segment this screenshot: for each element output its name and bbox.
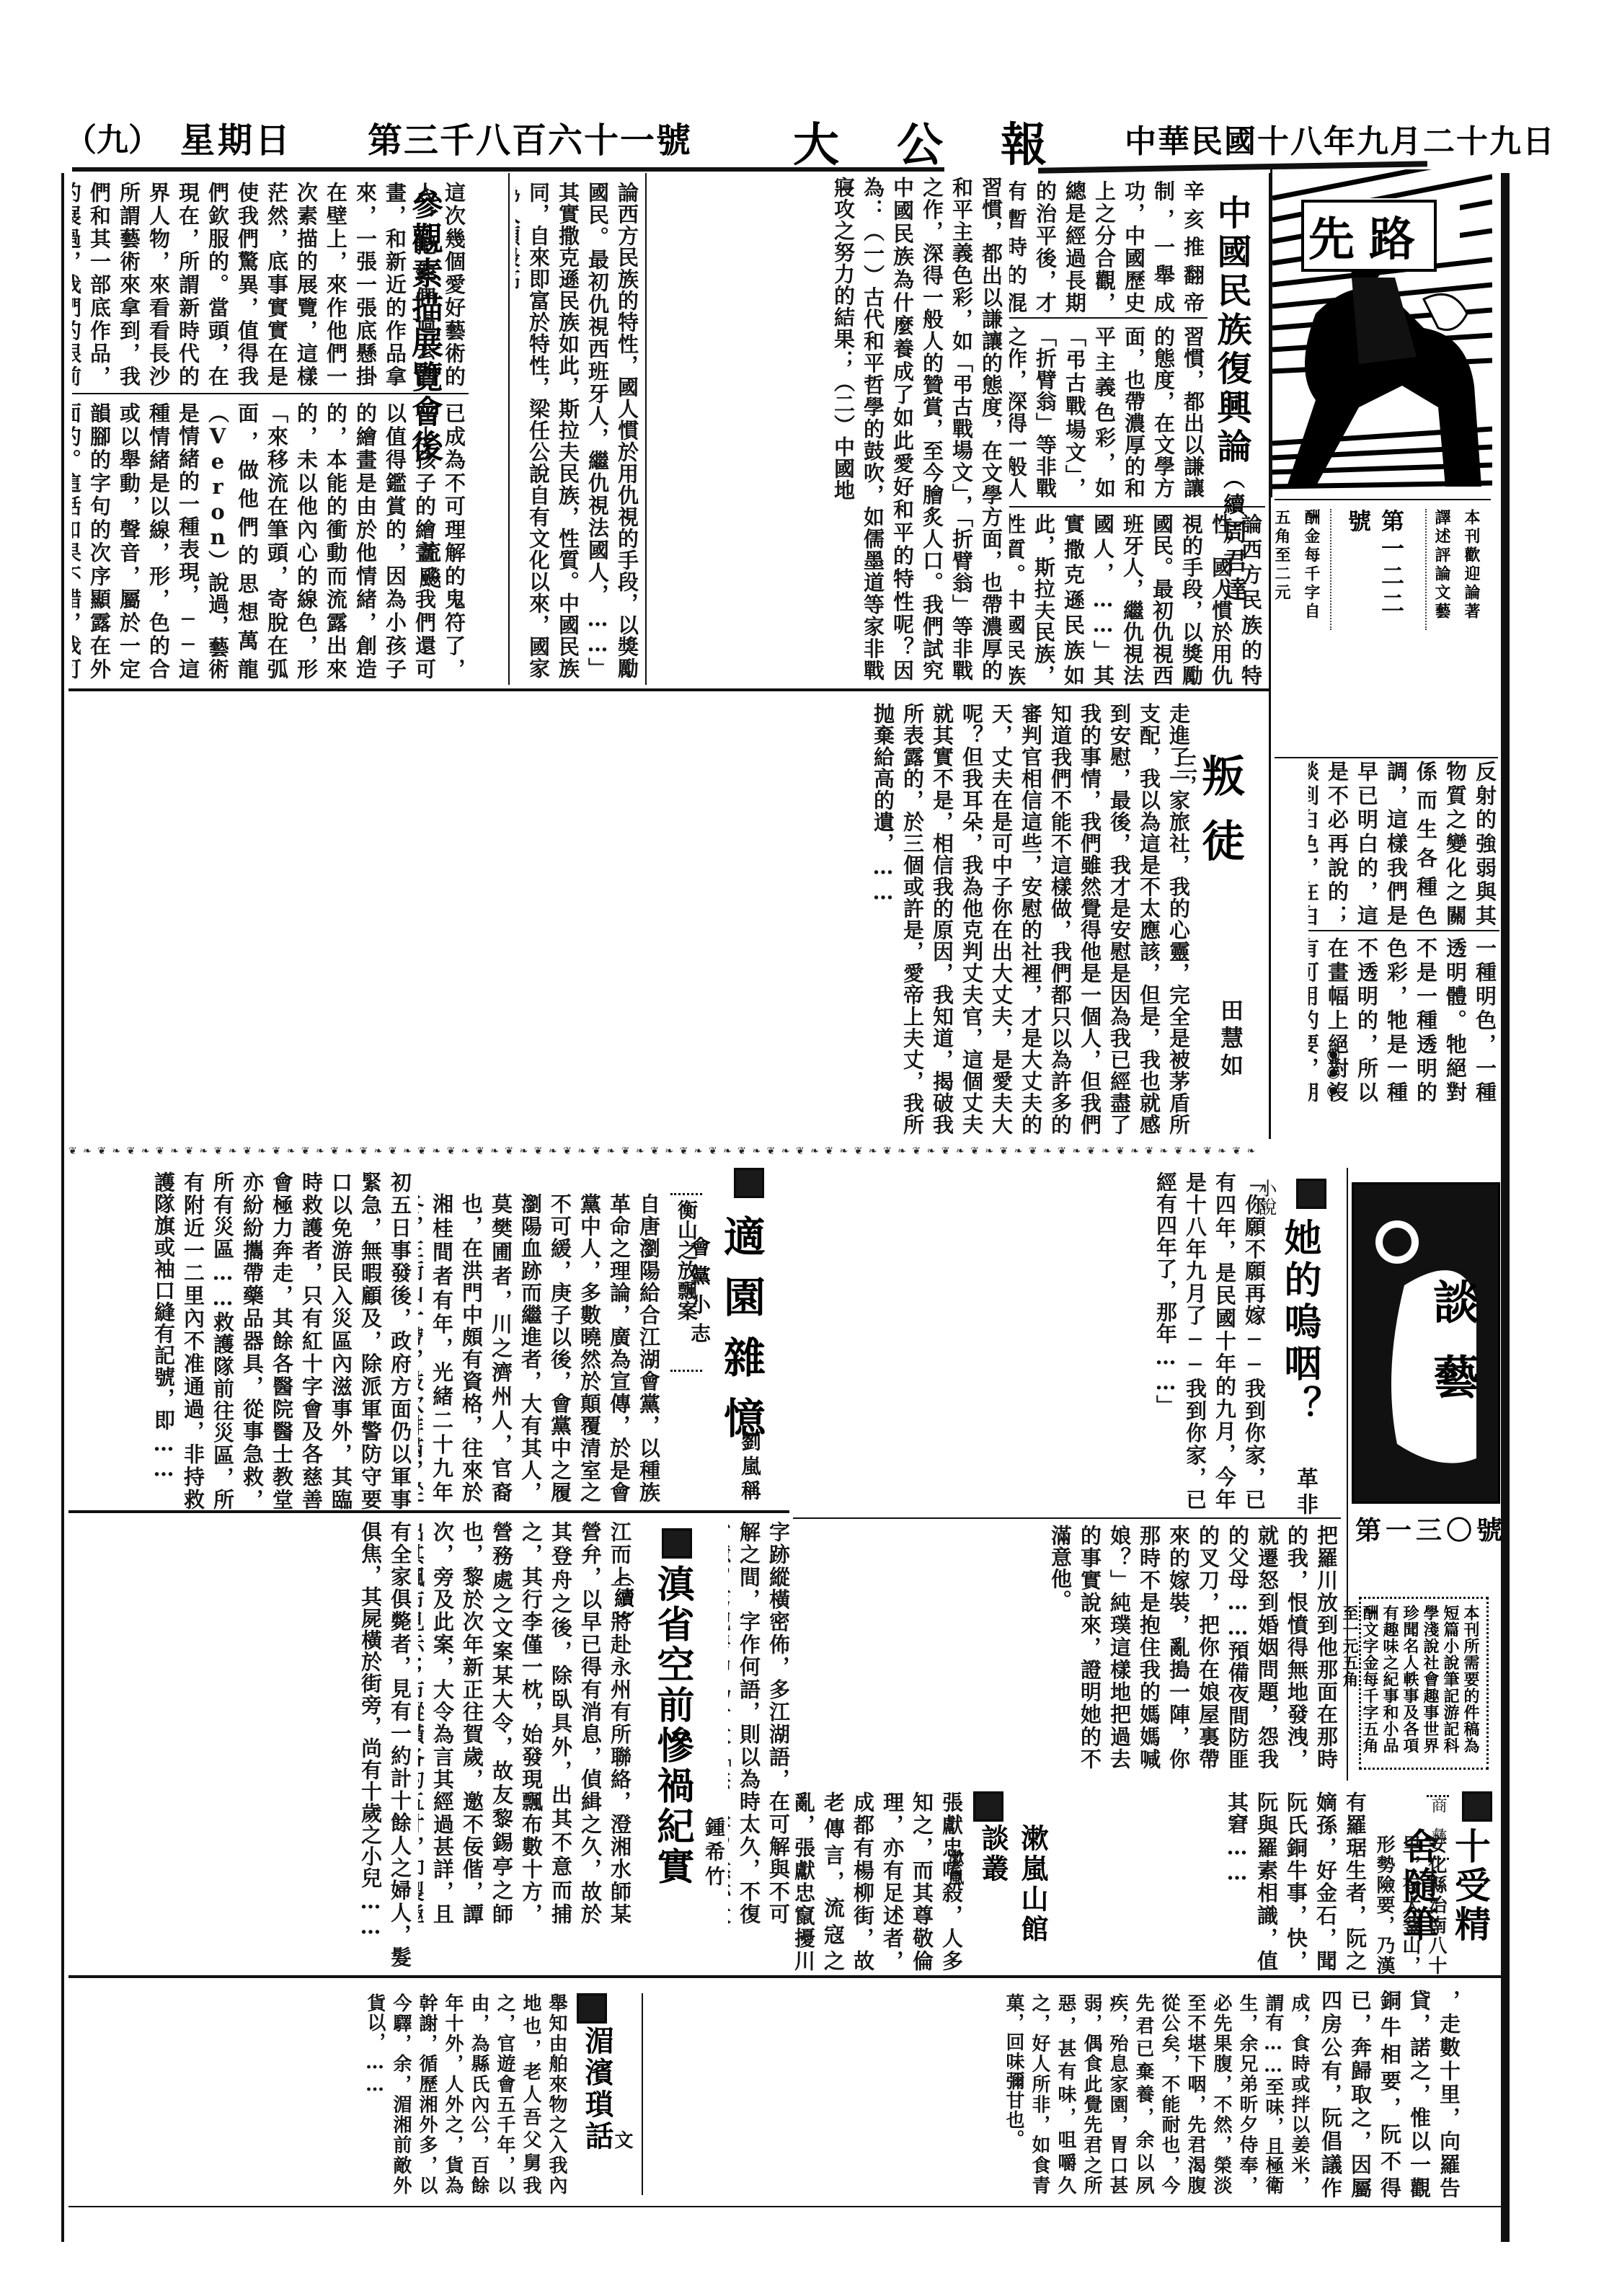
rule (1009, 317, 1207, 319)
tanyi-title: 談藝 (1419, 1278, 1485, 1428)
rule (1009, 506, 1265, 507)
issue-number: 第三千八百六十一號 (368, 112, 692, 162)
article-body-d: 反射的強弱與其物質之變化之關係而生各種色調，這樣我們是早已明白的，這是不必再說的… (1308, 761, 1499, 926)
article-shishou: 十受精舍隨筆 商彝 安化縣治南八十里，有大釜山，形勢險要，乃漢時銅鐵梅鋪駐兵處，… (1370, 1784, 1499, 1979)
article-body: 走進了一家旅社，我的心靈，完全是被茅盾所支配，我以為這是不太應該，但是，我也就感… (68, 703, 1193, 1135)
info-col4: 五角至二元 (1271, 509, 1293, 630)
article-body-continuation: 習慣，都出以謙讓的態度，在文學方面，也帶濃厚的和平主義色彩，如「弔古戰場文」，「… (649, 177, 1006, 681)
bottom-rule (68, 2206, 1503, 2207)
square-bullet-icon (662, 1528, 692, 1559)
end-ornament: ◉◉◉ (1326, 1045, 1340, 1099)
article-ta-de-wuyan: 她的嗚咽？ 小說 革非 「你願不願再嫁──我到你家，已有四年，是民國十年的九月，… (793, 1164, 1341, 1777)
square-bullet-icon (1462, 1791, 1492, 1822)
article-body: 張獻忠嗜殺，人多知之，而其尊敬倫理，亦有足述者，成都有楊柳街，故老傳言，流寇之亂… (793, 1791, 966, 1972)
title-text: 中國民族復興論 (1211, 195, 1251, 467)
article-body-a: 這次幾個愛好藝術的人，把他們過去的畫，和新近的作品拿來，一張一張底懸掛在壁上，來… (72, 182, 469, 387)
date-line: 中華民國十八年九月二十九日 (1125, 115, 1556, 161)
article-sumiao: 參觀素描展覽會後 流飈 這次幾個愛好藝術的人，把他們過去的畫，和新近的作品拿來，… (72, 173, 642, 685)
page-border-right (1501, 173, 1510, 2242)
article-body-b: 把羅川放到他那面在那時的我，恨憤得無地發洩，就遷怒到婚姻問題，怨我的父母……預備… (793, 1525, 1341, 1770)
rule (793, 1517, 1341, 1519)
article-author: 鍾希竹 (699, 1817, 728, 1890)
square-marker (734, 1168, 764, 1201)
title-text: 滇省空前慘禍紀實 (650, 1564, 694, 1887)
article-body-b: 已成為不可理解的鬼符了，在小孩子的繪畫，我們還可以值得鑑賞的，因為小孩子的繪畫是… (72, 402, 469, 680)
article-title: 她的嗚咽？ (1272, 1218, 1326, 1427)
square-marker (577, 1993, 607, 2026)
ornament-band: ❦ ❧ ❦ ❧ ❦ ❧ ❦ ❧ ❦ ❧ ❦ ❧ ❦ ❧ ❦ ❧ ❦ ❧ ❦ ❧ … (68, 1146, 1503, 1156)
article-body-b: 成，食時或拌以姜米，謂有……至味，且極衛生，余兄弟昕夕侍奉，必先果腹，不然，榮淡… (649, 1993, 1312, 2195)
article-author: 漱嵐 (944, 1849, 967, 1889)
article-body-b: 江而上，將赴永州有所聯絡，澄湘水師某營弁，以早已得有消息，偵緝之久，故於其登舟之… (418, 1521, 634, 1925)
square-bullet-icon (734, 1168, 764, 1198)
article-shishou-body-c: 有羅琚生者，阮之嫡孫，好金石，聞阮氏銅牛事，快，阮與羅素相識，值其窘…… (1081, 1791, 1370, 1972)
article-body-a: 自唐瀏陽給合江湖會黨，以種族革命之理論，廣為宣傳，於是會黨中人，多數曉然於顛覆清… (418, 1193, 663, 1503)
article-author: 革非 (1289, 1467, 1321, 1519)
article-subhead: 衡山之放飄案 (670, 1193, 702, 1372)
article-shiyuan: 適園雜憶 劉嵐稱 會黨小志 自唐瀏陽給合江湖會黨，以種族革命之理論，廣為宣傳，於… (418, 1164, 793, 1510)
masthead-rule-left (72, 167, 944, 172)
article-shishou-body-b: ，走數十里，向羅告貸，諾之，惟以一觀銅牛相要，阮不得已，奔歸取之，因屬四房公有，… (1312, 1990, 1463, 2199)
xianlu-info-rule-bottom (1275, 757, 1498, 758)
column-divider (1347, 1168, 1348, 1781)
weekday: 星期日 (180, 112, 293, 162)
square-marker (1296, 1179, 1326, 1212)
square-marker (973, 1791, 1003, 1825)
article-body-a: 辛亥推翻帝制，一舉成功，中國歷史上之分合觀，總是經過長期的治平後，才有暫時的混亂… (1009, 180, 1207, 314)
masthead: （九） 星期日 第三千八百六十一號 大公報 中華民國十八年九月二十九日 (58, 108, 1572, 166)
section-rule (68, 1510, 789, 1513)
paper-name: 大公報 (793, 108, 1104, 174)
article-body-a: 安化縣治南八十里，有大釜山，形勢險要，乃漢時銅鐵梅鋪駐兵處，其上遺壘廢址，猶有稀… (1370, 1835, 1449, 1975)
xianlu-title: 先路 (1301, 200, 1437, 272)
article-title: 適園雜憶 (711, 1215, 771, 1457)
square-marker (1462, 1791, 1492, 1825)
column-divider (1269, 173, 1271, 1139)
article-author: 劉嵐稱 (735, 1431, 764, 1504)
rule (1308, 930, 1499, 931)
square-marker (662, 1528, 692, 1561)
page-number: （九） (65, 114, 160, 160)
article-shulan: 張獻忠嗜殺，人多知之，而其尊敬倫理，亦有足述者，成都有楊柳街，故老傳言，流寇之亂… (793, 1784, 1081, 1972)
article-body-c: 字跡縱橫密佈，多江湖語，在可解與不可解之間，字作何語，則以為時太久，不復省憶，第… (728, 1521, 793, 1925)
article-title: 中國民族復興論（續） (1207, 195, 1257, 545)
article-body: 初五日事發後，政府方面仍以軍事緊急，無暇顧及，除派軍警防守要口以免游民入災區內滋… (68, 1171, 415, 1510)
tanyi-issue: 第一三〇號 (1355, 1510, 1507, 1547)
square-bullet-icon (973, 1791, 1003, 1822)
xianlu-illustration: 先路 (1270, 169, 1492, 497)
article-body-c: 論西方民族的特性，國人慣於用仇視的手段，以獎勵國民。最初仇視西班牙人，繼仇視法國… (1009, 513, 1265, 686)
page-border-left (61, 173, 64, 2242)
section-rule (68, 1975, 1503, 1978)
info-issue: 第一二二號 (1330, 509, 1418, 630)
info-col3: 酬金每千字自 (1300, 509, 1323, 630)
article-pantu: 叛徒 田慧如 三， 走進了一家旅社，我的心靈，完全是被茅盾所支配，我以為這是不太… (68, 696, 1269, 1139)
article-body-b: 習慣，都出以謙讓的態度，在文學方面，也帶濃厚的和平主義色彩，如「弔古戰場文」，「… (1009, 326, 1207, 499)
section-rule (68, 688, 1269, 691)
tanyi-masthead: 談藝 (1352, 1182, 1500, 1504)
article-body-a: 舉知由舶來物之入我內地也，老人吾父舅我之，官遊會五千年，以由，為縣氏內公，百餘年… (72, 1993, 570, 2195)
xianlu-info-rule (1275, 499, 1491, 500)
square-bullet-icon (577, 1993, 607, 2024)
article-author: 田慧如 (1214, 998, 1247, 1081)
info-col1: 本刊歡迎論著 (1461, 509, 1483, 630)
article-minzu-fuxing: 中國民族復興論（續） 周君達 辛亥推翻帝制，一舉成功，中國歷史上之分合觀，總是經… (1009, 173, 1265, 692)
article-body-a: 「你願不願再嫁──我到你家，已有四年，是民國十年的九月，今年是十八年九月了──我… (980, 1171, 1269, 1510)
column-divider (642, 1993, 643, 2195)
article-diansheng-head: 滇省空前慘禍紀實（續） 鍾希竹 字跡縱橫密佈，多江湖語，在可解與不可解之間，字作… (418, 1514, 793, 1946)
column-divider (508, 173, 510, 685)
column-divider (645, 173, 647, 685)
xianlu-info-box: 本刊歡迎論著 譯述評論文藝 第一二二號 酬金每千字自 五角至二元 (1272, 505, 1489, 634)
article-meibin: 舉知由舶來物之入我內地也，老人吾父舅我之，官遊會五千年，以由，為縣氏內公，百餘年… (72, 1986, 1312, 2202)
article-title: 漱嵐山館談叢 (973, 1824, 1052, 1972)
notice-text: 本刊所需要的件稿為短篇小說筆記游記科學淺說社會趣事世界珍聞名人軼事及各項有趣味之… (1339, 1605, 1481, 1762)
tanyi-notice-box: 本刊所需要的件稿為短篇小說筆記游記科學淺說社會趣事世界珍聞名人軼事及各項有趣味之… (1359, 1597, 1489, 1770)
info-col2: 譯述評論文藝 (1425, 509, 1453, 630)
article-diansheng-body-b: 有全家俱斃者，見有一約計十餘人之婦人，髮俱焦，其屍橫於街旁，尚有十歲之小兒…… (68, 1521, 415, 1968)
square-bullet-icon (1296, 1179, 1326, 1209)
article-author: 文 (609, 2130, 636, 2153)
rule (72, 393, 469, 394)
article-body-side: 論西方民族的特性，國人慣於用仇視的手段，以獎勵國民。最初仇視西班牙人，繼仇視法國… (515, 182, 642, 679)
